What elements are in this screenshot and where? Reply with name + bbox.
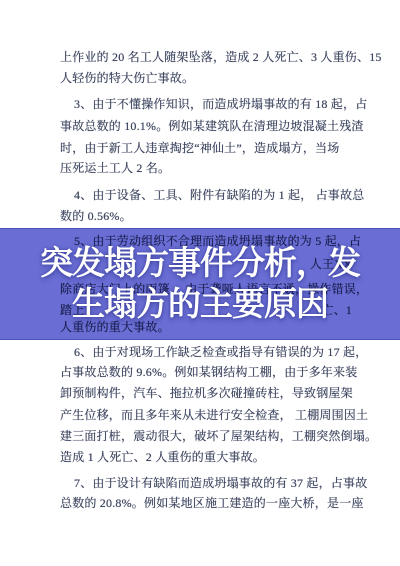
document-line: 数的 0.56%。 — [60, 207, 352, 226]
document-line: 4、由于设备、工具、附件有缺陷的为 1 起， 占事故总 — [74, 186, 352, 205]
document-line: 产生位移，而且多年来从未进行安全检查， 工棚周围因土 — [60, 406, 352, 425]
banner-title: 突发塌方事件分析，发 生塌方的主要原因 — [0, 228, 400, 338]
document-line: 6、由于对现场工作缺乏检查或指导有错误的为 17 起， — [74, 343, 352, 362]
document-line: 事故总数的 10.1%。例如某建筑队在清理边坡混凝土残渣 — [60, 117, 352, 136]
document-line: 总数的 20.8%。例如某地区施工建造的一座大桥，是一座 — [60, 494, 352, 513]
document-line: 造成 1 人死亡、2 人重伤的重大事故。 — [60, 448, 352, 467]
document-line: 时，由于新工人违章掏挖“神仙土”，造成塌方，当场 — [60, 139, 352, 158]
banner-title-line2: 生塌方的主要原因 — [72, 283, 328, 324]
document-line: 人轻伤的特大伤亡事故。 — [60, 69, 352, 88]
document-line: 占事故总数的 9.6%。例如某钢结构工棚，由于多年来装 — [60, 363, 352, 382]
document-line: 3、由于不懂操作知识，而造成坍塌事故的有 18 起，占 — [74, 95, 352, 114]
document-line: 建三面打桩，震动很大，破坏了屋架结构，工棚突然倒塌。 — [60, 427, 352, 446]
document-line: 卸预制构件，汽车、拖拉机多次碰撞砖柱，导致钢屋架 — [60, 384, 352, 403]
document-line: 压死运土工人 2 名。 — [60, 159, 352, 178]
document-page: 上作业的 20 名工人随架坠落，造成 2 人死亡、3 人重伤、15人轻伤的特大伤… — [0, 0, 400, 566]
document-line: 上作业的 20 名工人随架坠落，造成 2 人死亡、3 人重伤、15 — [60, 48, 352, 67]
banner-title-line1: 突发塌方事件分析，发 — [40, 242, 360, 283]
document-line: 7、由于设计有缺陷而造成坍塌事故的有 37 起，占事故 — [74, 474, 352, 493]
